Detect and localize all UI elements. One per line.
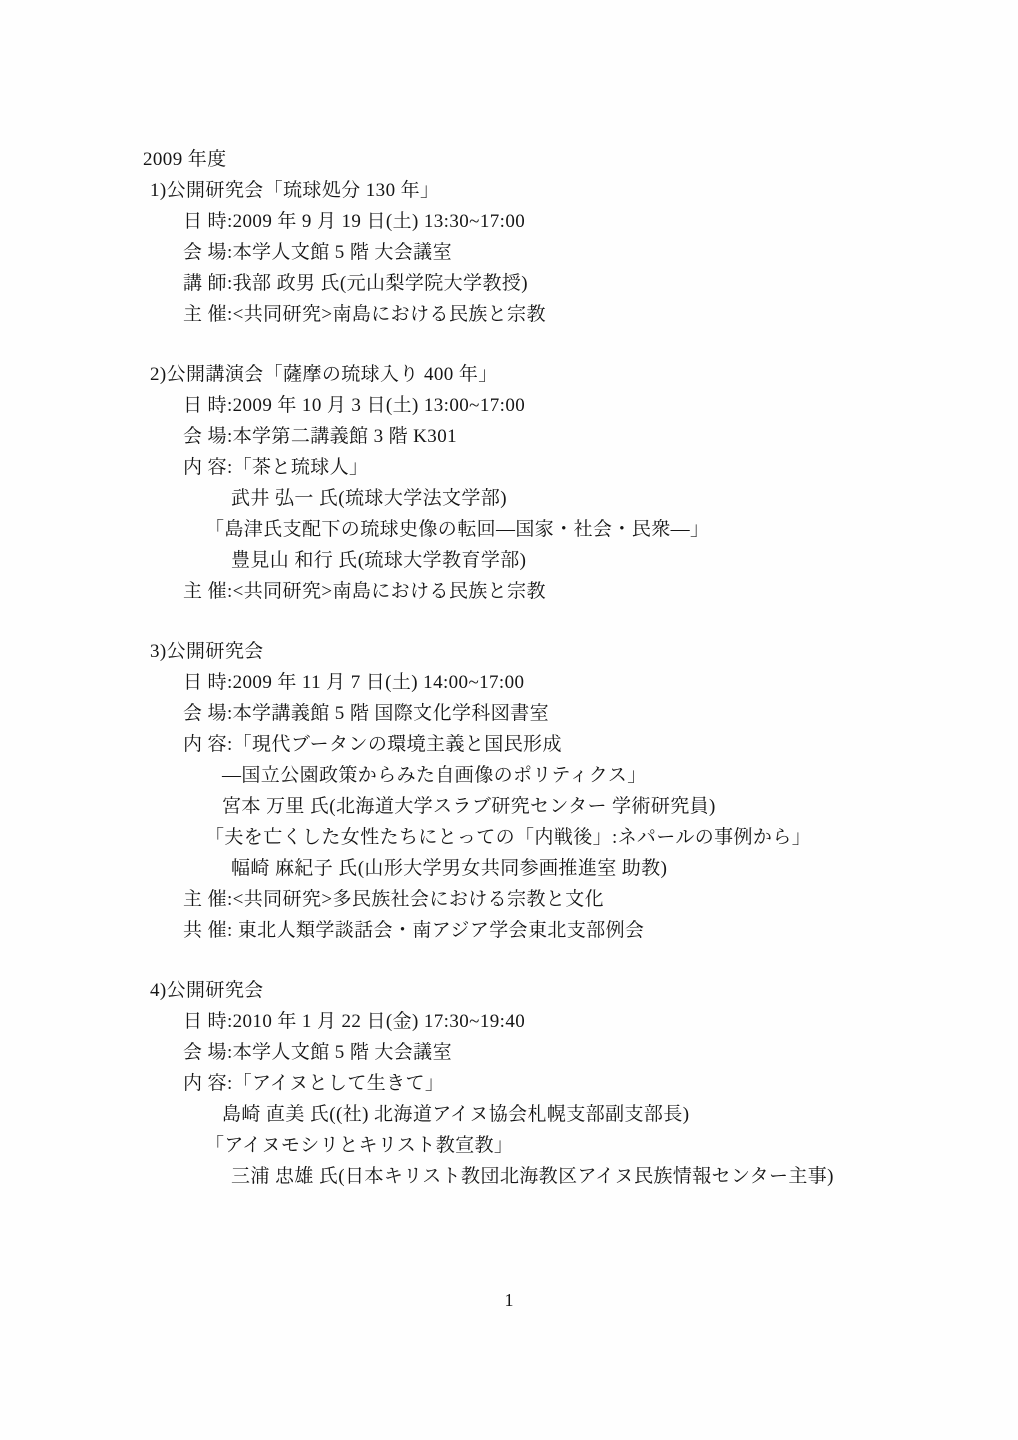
- organizer-line: 主 催:<共同研究>多民族社会における宗教と文化: [183, 884, 978, 915]
- sections-container: 1)公開研究会「琉球処分 130 年」日 時:2009 年 9 月 19 日(土…: [143, 175, 978, 1192]
- section-heading: 2)公開講演会「薩摩の琉球入り 400 年」: [150, 359, 978, 390]
- talk-title-line: ―国立公園政策からみた自画像のポリティクス」: [222, 760, 978, 791]
- venue-line: 会 場:本学講義館 5 階 国際文化学科図書室: [183, 698, 978, 729]
- venue-line: 会 場:本学第二講義館 3 階 K301: [183, 421, 978, 452]
- speaker-line: 宮本 万里 氏(北海道大学スラブ研究センター 学術研究員): [222, 791, 978, 822]
- speaker-line: 三浦 忠雄 氏(日本キリスト教団北海教区アイヌ民族情報センター主事): [231, 1161, 978, 1192]
- lecturer-line: 講 師:我部 政男 氏(元山梨学院大学教授): [183, 268, 978, 299]
- fiscal-year-heading: 2009 年度: [143, 144, 978, 175]
- event-section: 1)公開研究会「琉球処分 130 年」日 時:2009 年 9 月 19 日(土…: [143, 175, 978, 330]
- program-line: 内 容:「現代ブータンの環境主義と国民形成: [183, 729, 978, 760]
- date-time-line: 日 時:2009 年 9 月 19 日(土) 13:30~17:00: [183, 206, 978, 237]
- section-heading: 3)公開研究会: [150, 636, 978, 667]
- date-time-line: 日 時:2009 年 10 月 3 日(土) 13:00~17:00: [183, 390, 978, 421]
- date-time-line: 日 時:2009 年 11 月 7 日(土) 14:00~17:00: [183, 667, 978, 698]
- section-heading: 4)公開研究会: [150, 975, 978, 1006]
- speaker-line: 豊見山 和行 氏(琉球大学教育学部): [231, 545, 978, 576]
- event-section: 4)公開研究会日 時:2010 年 1 月 22 日(金) 17:30~19:4…: [143, 975, 978, 1192]
- page-number: 1: [0, 1288, 1018, 1312]
- venue-line: 会 場:本学人文館 5 階 大会議室: [183, 1037, 978, 1068]
- program-line: 内 容:「茶と琉球人」: [183, 452, 978, 483]
- section-heading: 1)公開研究会「琉球処分 130 年」: [150, 175, 978, 206]
- talk-title-line: 「アイヌモシリとキリスト教宣教」: [205, 1130, 978, 1161]
- speaker-line: 島崎 直美 氏((社) 北海道アイヌ協会札幌支部副支部長): [222, 1099, 978, 1130]
- event-section: 2)公開講演会「薩摩の琉球入り 400 年」日 時:2009 年 10 月 3 …: [143, 359, 978, 607]
- speaker-line: 幅崎 麻紀子 氏(山形大学男女共同参画推進室 助教): [231, 853, 978, 884]
- co-organizer-line: 共 催: 東北人類学談話会・南アジア学会東北支部例会: [183, 915, 978, 946]
- program-line: 内 容:「アイヌとして生きて」: [183, 1068, 978, 1099]
- speaker-line: 武井 弘一 氏(琉球大学法文学部): [231, 483, 978, 514]
- talk-title-line: 「夫を亡くした女性たちにとっての「内戦後」:ネパールの事例から」: [205, 822, 978, 853]
- document-content: 2009 年度 1)公開研究会「琉球処分 130 年」日 時:2009 年 9 …: [143, 144, 978, 1221]
- date-time-line: 日 時:2010 年 1 月 22 日(金) 17:30~19:40: [183, 1006, 978, 1037]
- document-page: 2009 年度 1)公開研究会「琉球処分 130 年」日 時:2009 年 9 …: [0, 0, 1018, 1440]
- organizer-line: 主 催:<共同研究>南島における民族と宗教: [183, 299, 978, 330]
- organizer-line: 主 催:<共同研究>南島における民族と宗教: [183, 576, 978, 607]
- talk-title-line: 「島津氏支配下の琉球史像の転回―国家・社会・民衆―」: [205, 514, 978, 545]
- event-section: 3)公開研究会日 時:2009 年 11 月 7 日(土) 14:00~17:0…: [143, 636, 978, 946]
- venue-line: 会 場:本学人文館 5 階 大会議室: [183, 237, 978, 268]
